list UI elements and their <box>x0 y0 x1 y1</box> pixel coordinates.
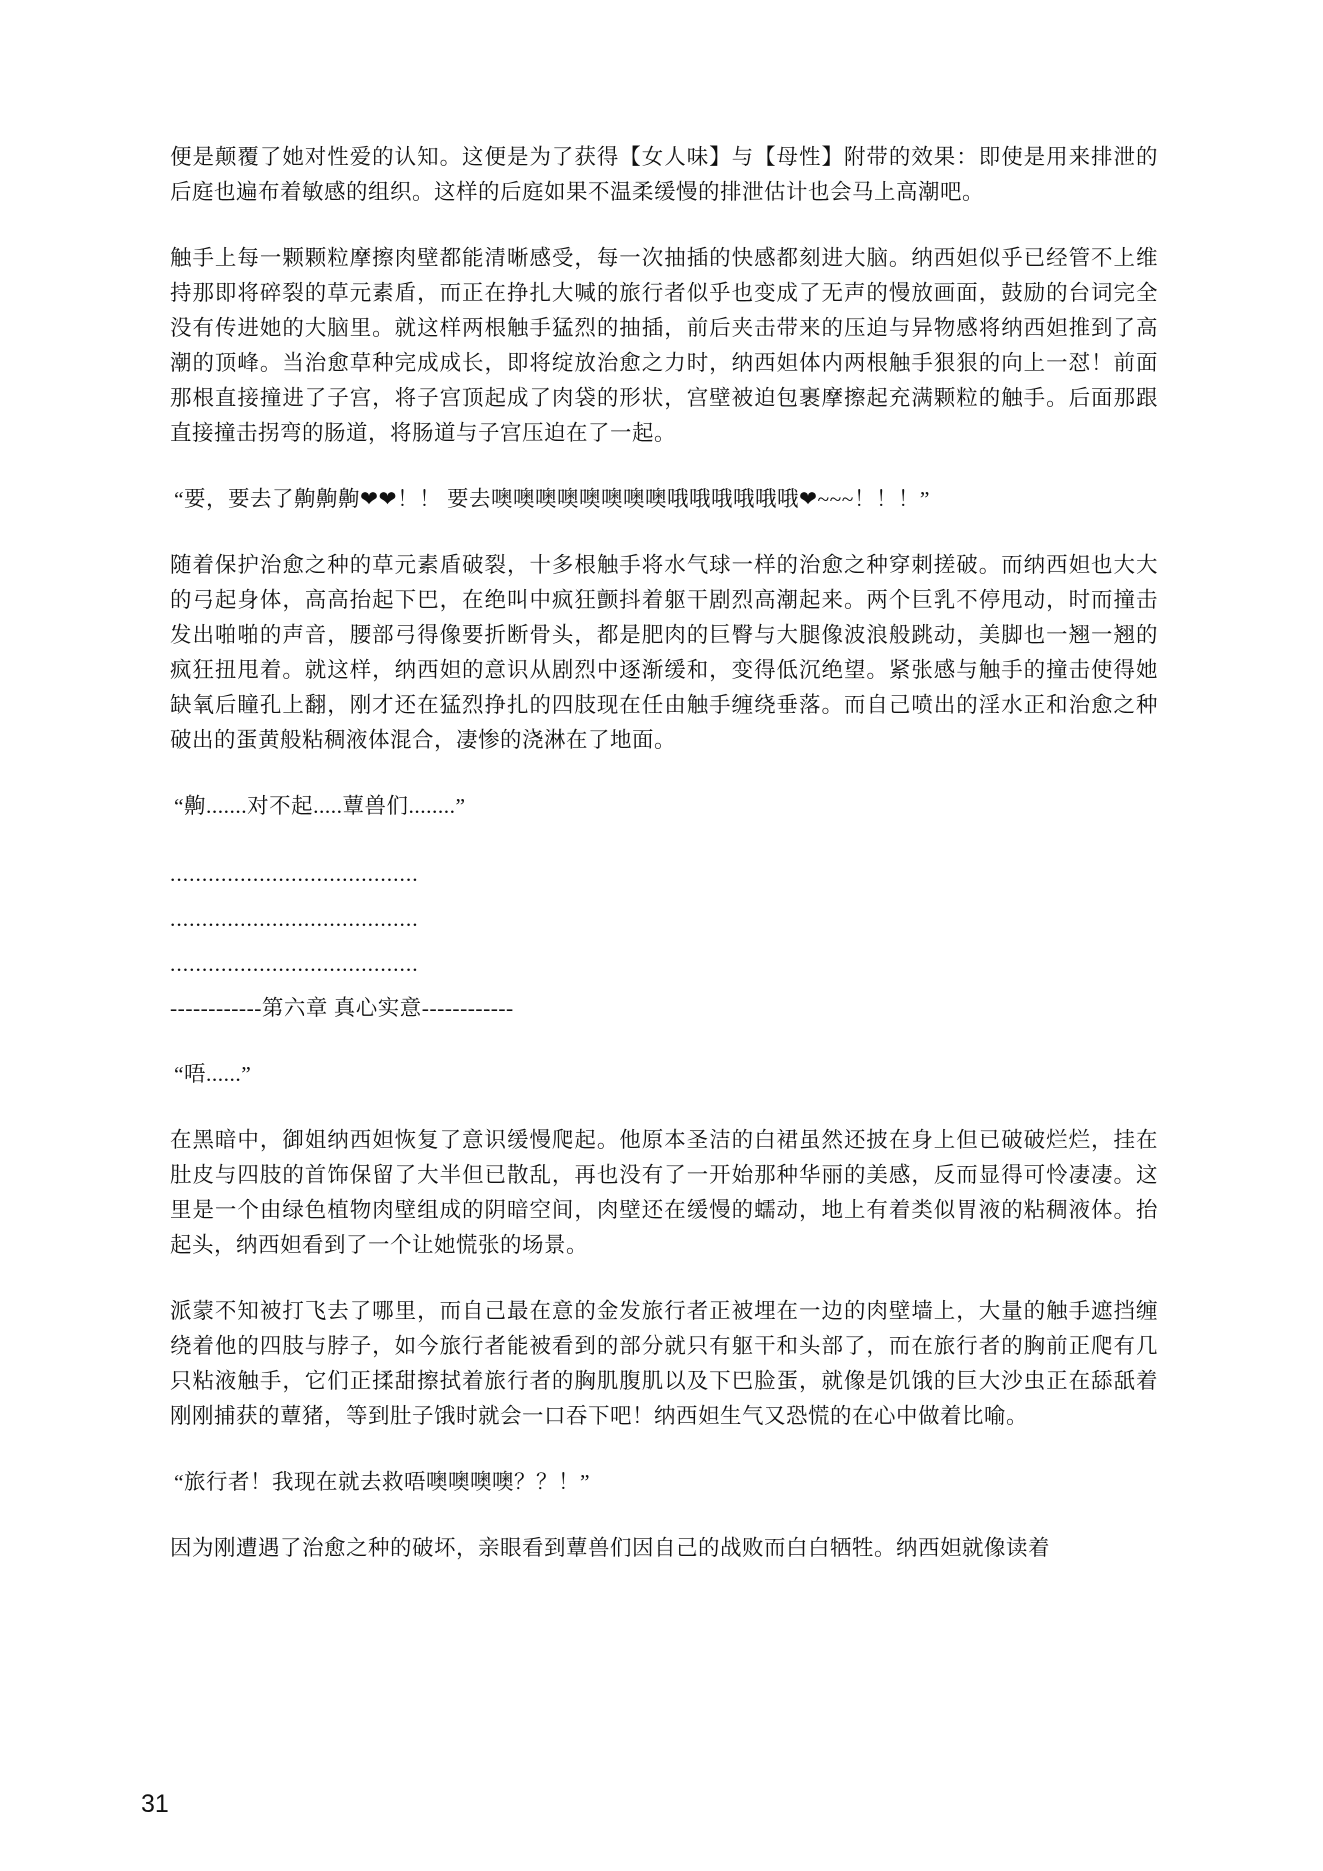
paragraph-10-quote: “唔......” <box>170 1057 1158 1092</box>
page-number: 31 <box>141 1788 169 1820</box>
paragraph-8-dots: ....................................... <box>170 945 1158 983</box>
paragraph-3-quote: “要，要去了齁齁齁❤❤！！ 要去噢噢噢噢噢噢噢噢哦哦哦哦哦哦❤~~~！！！” <box>170 482 1158 517</box>
paragraph-13-quote: “旅行者！我现在就去救唔噢噢噢噢？？！” <box>170 1465 1158 1500</box>
document-page: 便是颠覆了她对性爱的认知。这便是为了获得【女人味】与【母性】附带的效果：即使是用… <box>0 0 1323 1871</box>
paragraph-2-body: 触手上每一颗颗粒摩擦肉壁都能清晰感受，每一次抽插的快感都刻进大脑。纳西妲似乎已经… <box>170 241 1158 451</box>
paragraph-7-dots: ....................................... <box>170 900 1158 938</box>
paragraph-1-body: 便是颠覆了她对性爱的认知。这便是为了获得【女人味】与【母性】附带的效果：即使是用… <box>170 140 1158 210</box>
paragraph-12-body: 派蒙不知被打飞去了哪里，而自己最在意的金发旅行者正被埋在一边的肉壁墙上，大量的触… <box>170 1294 1158 1434</box>
paragraph-6-dots: ....................................... <box>170 855 1158 893</box>
paragraph-14-body: 因为刚遭遇了治愈之种的破坏，亲眼看到蕈兽们因自己的战败而白白牺牲。纳西妲就像读着 <box>170 1531 1158 1566</box>
paragraph-5-quote: “齁.......对不起.....蕈兽们........” <box>170 789 1158 824</box>
paragraph-9-chapter: ------------第六章 真心实意------------ <box>170 991 1158 1026</box>
paragraph-11-body: 在黑暗中，御姐纳西妲恢复了意识缓慢爬起。他原本圣洁的白裙虽然还披在身上但已破破烂… <box>170 1123 1158 1263</box>
text-block: 便是颠覆了她对性爱的认知。这便是为了获得【女人味】与【母性】附带的效果：即使是用… <box>170 140 1158 1597</box>
paragraph-4-body: 随着保护治愈之种的草元素盾破裂，十多根触手将水气球一样的治愈之种穿刺搓破。而纳西… <box>170 548 1158 758</box>
